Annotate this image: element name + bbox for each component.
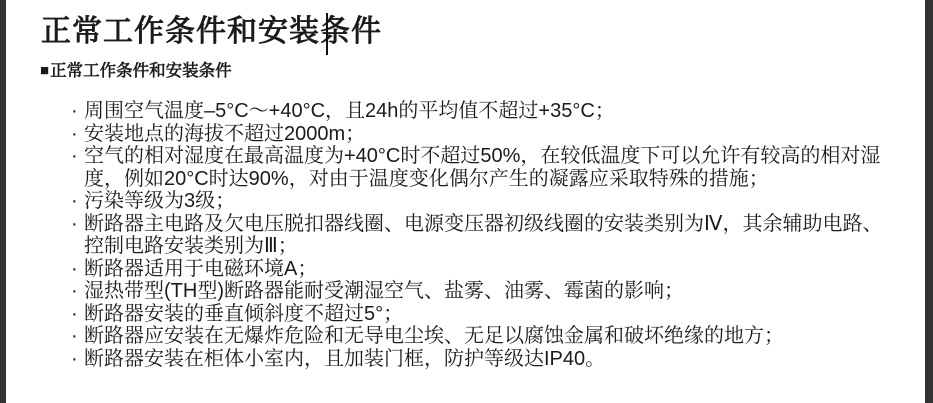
condition-line: 断路器适用于电磁环境A； (84, 258, 921, 281)
document-page: 正常工作条件和安装条件 ■正常工作条件和安装条件 · 周围空气温度–5°C～+4… (0, 0, 933, 403)
bullet-dot-icon: · (71, 280, 84, 303)
condition-line: 断路器主电路及欠电压脱扣器线圈、电源变压器初级线圈的安装类别为Ⅳ，其余辅助电路、 (84, 213, 921, 236)
condition-line: 湿热带型(TH型)断路器能耐受潮湿空气、盐雾、油雾、霉菌的影响； (84, 280, 921, 303)
bullet-dot-icon: · (71, 190, 84, 213)
bullet-dot-icon: · (71, 213, 84, 236)
condition-line: 度，例如20°C时达90%，对由于温度变化偶尔产生的凝露应采取特殊的措施； (84, 168, 921, 191)
condition-item: · 周围空气温度–5°C～+40°C，且24h的平均值不超过+35°C； (71, 100, 921, 123)
condition-item: · 断路器安装在柜体小室内，且加装门框，防护等级达IP40。 (71, 348, 921, 371)
condition-line: 空气的相对湿度在最高温度为+40°C时不超过50%，在较低温度下可以允许有较高的… (84, 145, 921, 168)
condition-line: 污染等级为3级； (84, 190, 921, 213)
condition-line: 控制电路安装类别为Ⅲ； (84, 235, 921, 258)
condition-line: 断路器应安装在无爆炸危险和无导电尘埃、无足以腐蚀金属和破坏绝缘的地方； (84, 325, 921, 348)
condition-item: · 污染等级为3级； (71, 190, 921, 213)
section-marker-icon: ■ (40, 62, 49, 79)
right-border-bar (925, 0, 933, 403)
bullet-dot-icon: · (71, 303, 84, 326)
section-heading: ■正常工作条件和安装条件 (40, 60, 232, 82)
bullet-dot-icon: · (71, 100, 84, 123)
bullet-dot-icon: · (71, 348, 84, 371)
conditions-list: · 周围空气温度–5°C～+40°C，且24h的平均值不超过+35°C； · 安… (71, 100, 921, 370)
condition-item: · 断路器应安装在无爆炸危险和无导电尘埃、无足以腐蚀金属和破坏绝缘的地方； (71, 325, 921, 348)
text-cursor (326, 13, 328, 55)
condition-line: 周围空气温度–5°C～+40°C，且24h的平均值不超过+35°C； (84, 100, 921, 123)
condition-line: 安装地点的海拔不超过2000m； (84, 123, 921, 146)
condition-item: · 湿热带型(TH型)断路器能耐受潮湿空气、盐雾、油雾、霉菌的影响； (71, 280, 921, 303)
bullet-dot-icon: · (71, 258, 84, 281)
condition-item: · 空气的相对湿度在最高温度为+40°C时不超过50%，在较低温度下可以允许有较… (71, 145, 921, 190)
page-title: 正常工作条件和安装条件 (41, 13, 382, 51)
condition-item: · 断路器主电路及欠电压脱扣器线圈、电源变压器初级线圈的安装类别为Ⅳ，其余辅助电… (71, 213, 921, 258)
bullet-dot-icon: · (71, 123, 84, 146)
section-title: 正常工作条件和安装条件 (50, 62, 232, 80)
condition-line: 断路器安装的垂直倾斜度不超过5°； (84, 303, 921, 326)
bullet-dot-icon: · (71, 145, 84, 168)
left-border-bar (0, 0, 6, 403)
condition-item: · 断路器适用于电磁环境A； (71, 258, 921, 281)
condition-line: 断路器安装在柜体小室内，且加装门框，防护等级达IP40。 (84, 348, 921, 371)
condition-item: · 安装地点的海拔不超过2000m； (71, 123, 921, 146)
bullet-dot-icon: · (71, 325, 84, 348)
condition-item: · 断路器安装的垂直倾斜度不超过5°； (71, 303, 921, 326)
